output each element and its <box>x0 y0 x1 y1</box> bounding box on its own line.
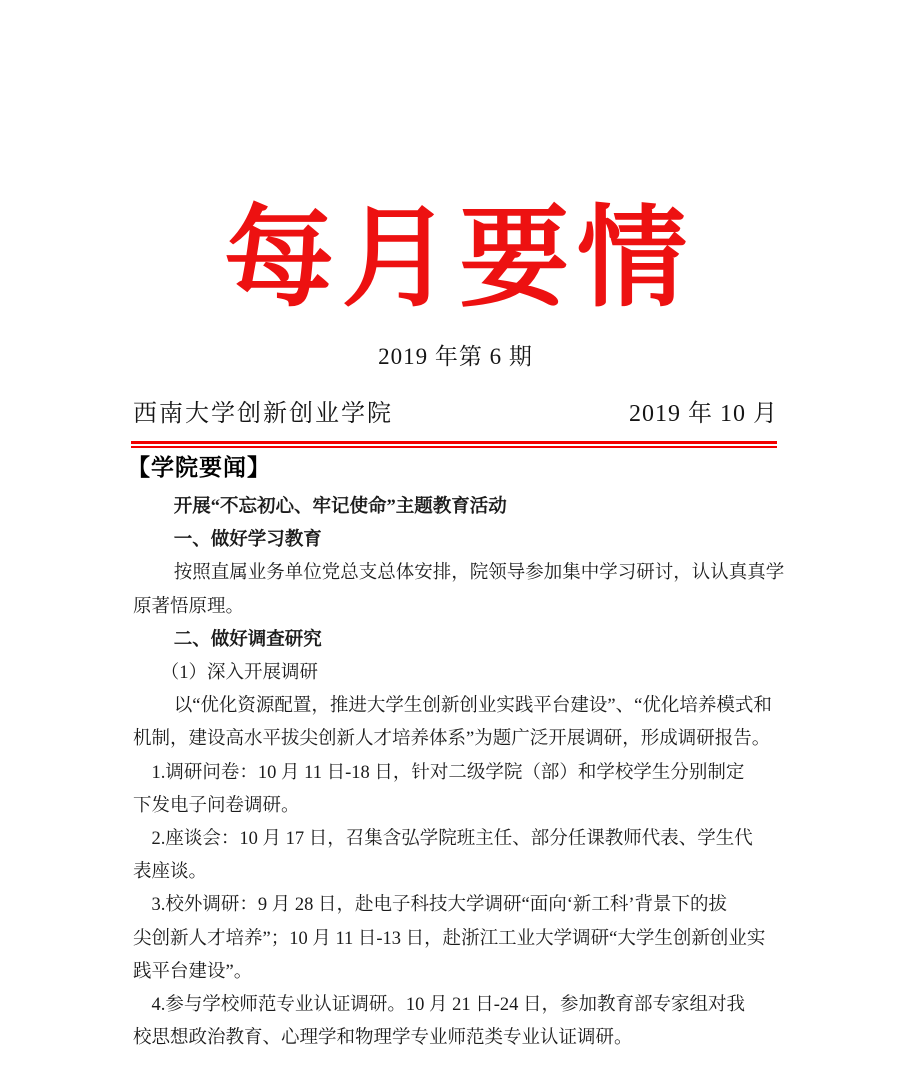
paragraph: 开展“不忘初心、牢记使命”主题教育活动 <box>133 491 795 524</box>
newsletter-title: 每月要情 <box>133 188 778 328</box>
paragraph: 以“优化资源配置，推进大学生创新创业实践平台建设”、“优化培养模式和 机制，建设… <box>133 690 795 756</box>
publication-date: 2019 年 10 月 <box>629 399 778 429</box>
publisher-name: 西南大学创新创业学院 <box>133 399 393 429</box>
paragraph: 二、做好调查研究 <box>133 624 795 657</box>
paragraph: 按照直属业务单位党总支总体安排，院领导参加集中学习研讨，认认真真学 原著悟原理。 <box>133 557 795 623</box>
paragraph: 2.座谈会：10 月 17 日，召集含弘学院班主任、部分任课教师代表、学生代 表… <box>133 823 795 889</box>
paragraph: （1）深入开展调研 <box>133 657 795 690</box>
double-red-rule <box>131 441 777 448</box>
issue-number: 2019 年第 6 期 <box>133 342 778 372</box>
publication-info-row: 西南大学创新创业学院 2019 年 10 月 <box>133 399 778 429</box>
body-paragraphs: 开展“不忘初心、牢记使命”主题教育活动一、做好学习教育按照直属业务单位党总支总体… <box>133 491 795 1055</box>
paragraph: 一、做好学习教育 <box>133 524 795 557</box>
section-header-college-news: 【学院要闻】 <box>127 454 271 482</box>
paragraph: 1.调研问卷：10 月 11 日-18 日，针对二级学院（部）和学校学生分别制定… <box>133 757 795 823</box>
document-page: 每月要情 2019 年第 6 期 西南大学创新创业学院 2019 年 10 月 … <box>0 0 900 1081</box>
paragraph: 3.校外调研：9 月 28 日，赴电子科技大学调研“面向‘新工科’背景下的拔 尖… <box>133 889 795 989</box>
paragraph: 4.参与学校师范专业认证调研。10 月 21 日-24 日，参加教育部专家组对我… <box>133 989 795 1055</box>
